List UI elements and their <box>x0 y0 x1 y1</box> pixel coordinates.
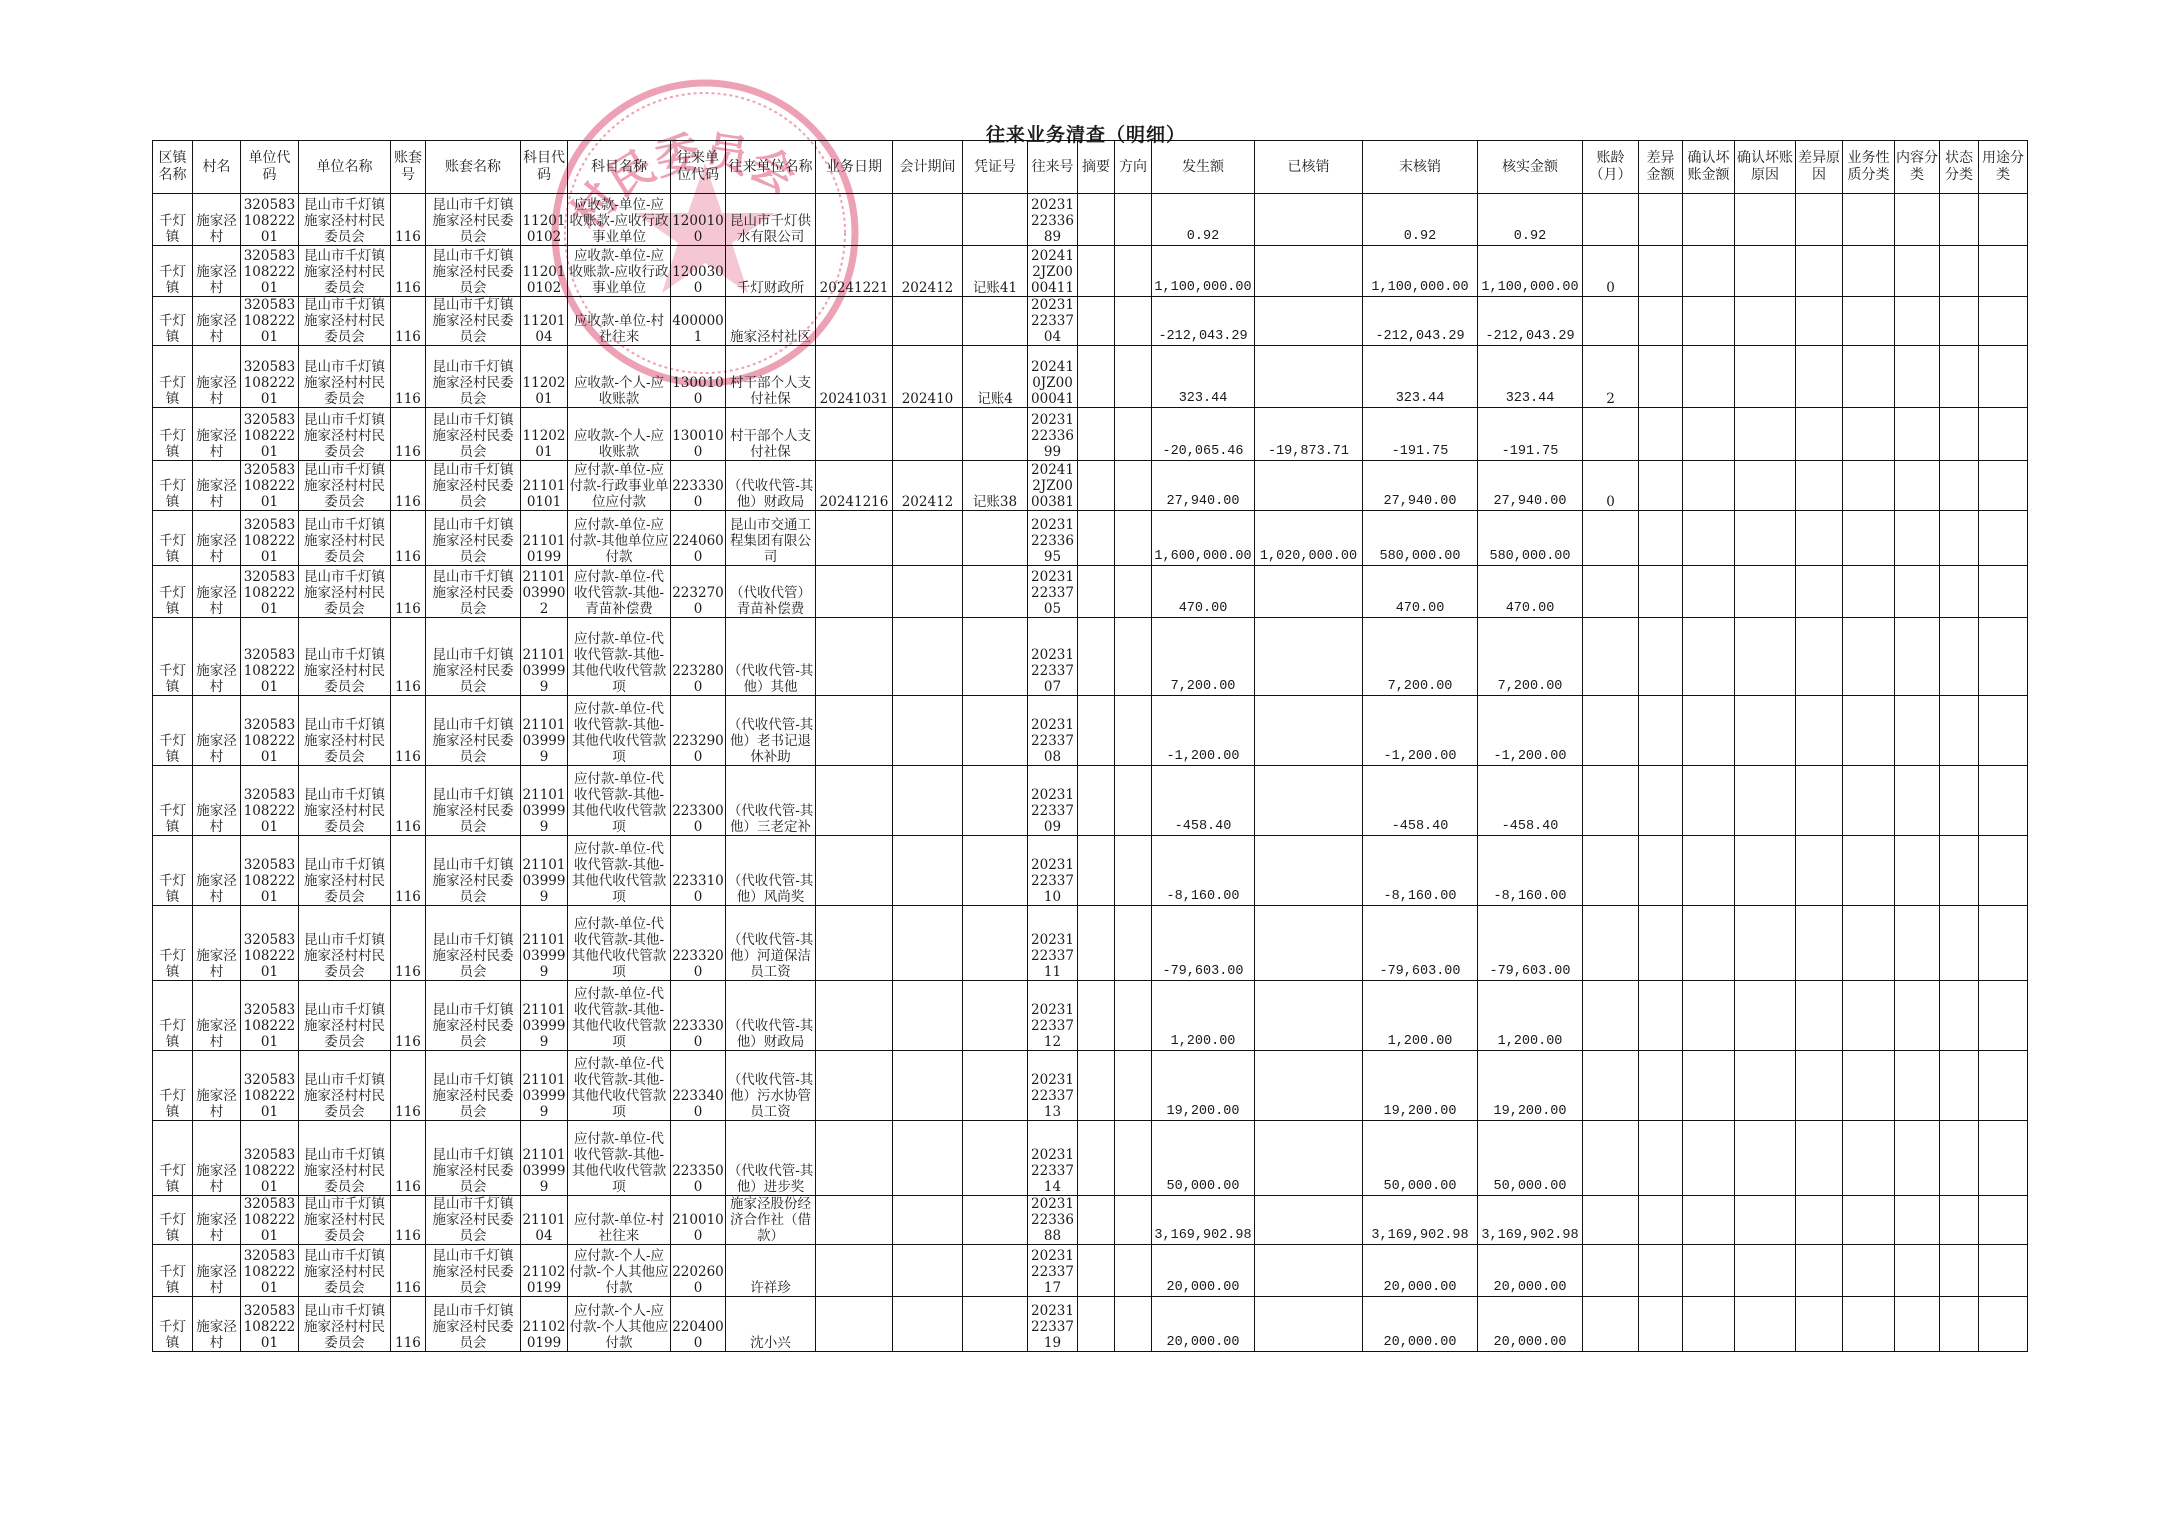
cell-verified: 19,200.00 <box>1478 1051 1583 1121</box>
cell-content <box>1895 906 1940 981</box>
cell-unit-name: 昆山市千灯镇施家泾村村民委员会 <box>299 408 391 461</box>
cell-diff <box>1639 906 1683 981</box>
cell-subject-name: 应付款-单位-应付款-其他单位应付款 <box>568 511 671 566</box>
cell-bad-debt-amount <box>1683 1121 1735 1196</box>
cell-subject-code: 21101039999 <box>521 836 568 906</box>
cell-town: 千灯镇 <box>153 1196 193 1245</box>
column-header: 业务日期 <box>816 141 893 194</box>
cell-unit-name: 昆山市千灯镇施家泾村村民委员会 <box>299 766 391 836</box>
cell-verified: -79,603.00 <box>1478 906 1583 981</box>
cell-book-no: 116 <box>391 1051 426 1121</box>
cell-age-months <box>1583 1051 1639 1121</box>
cell-nature <box>1843 618 1895 696</box>
cell-status <box>1940 1245 1979 1297</box>
cell-direction <box>1115 461 1152 511</box>
cell-voucher <box>963 836 1028 906</box>
cell-village: 施家泾村 <box>193 246 241 297</box>
cell-period: 202412 <box>893 461 963 511</box>
cell-unit-code: 32058310822201 <box>241 346 299 408</box>
cell-summary <box>1078 696 1115 766</box>
cell-status <box>1940 297 1979 346</box>
cell-ref-no: 202412JZ0000381 <box>1028 461 1078 511</box>
cell-book-name: 昆山市千灯镇施家泾村民委员会 <box>426 981 521 1051</box>
cell-status <box>1940 1297 1979 1352</box>
column-header: 方向 <box>1115 141 1152 194</box>
cell-usage <box>1979 246 2028 297</box>
cell-content <box>1895 1297 1940 1352</box>
cell-age-months <box>1583 1297 1639 1352</box>
cell-written-off <box>1255 766 1363 836</box>
cell-bad-debt-amount <box>1683 246 1735 297</box>
cell-nature <box>1843 696 1895 766</box>
column-header: 账套号 <box>391 141 426 194</box>
cell-subject-name: 应付款-单位-代收代管款-其他-其他代收代管款项 <box>568 766 671 836</box>
cell-ref-no: 202312233712 <box>1028 981 1078 1051</box>
cell-partner-code: 2233100 <box>671 836 726 906</box>
table-row: 千灯镇施家泾村32058310822201昆山市千灯镇施家泾村村民委员会116昆… <box>153 766 2028 836</box>
cell-verified: -212,043.29 <box>1478 297 1583 346</box>
cell-direction <box>1115 194 1152 246</box>
cell-book-name: 昆山市千灯镇施家泾村民委员会 <box>426 1121 521 1196</box>
cell-status <box>1940 766 1979 836</box>
cell-diff <box>1639 511 1683 566</box>
cell-bad-debt-amount <box>1683 696 1735 766</box>
cell-period <box>893 1051 963 1121</box>
cell-content <box>1895 511 1940 566</box>
cell-written-off <box>1255 836 1363 906</box>
cell-not-written-off: -458.40 <box>1363 766 1478 836</box>
cell-town: 千灯镇 <box>153 1051 193 1121</box>
cell-diff <box>1639 566 1683 618</box>
cell-subject-name: 应收款-单位-应收账款-应收行政事业单位 <box>568 246 671 297</box>
cell-unit-code: 32058310822201 <box>241 566 299 618</box>
cell-partner-name: （代收代管-其他）风尚奖 <box>726 836 816 906</box>
cell-voucher <box>963 618 1028 696</box>
cell-diff-reason <box>1796 297 1843 346</box>
cell-status <box>1940 346 1979 408</box>
cell-biz-date <box>816 906 893 981</box>
cell-written-off <box>1255 1051 1363 1121</box>
cell-village: 施家泾村 <box>193 408 241 461</box>
cell-verified: 20,000.00 <box>1478 1245 1583 1297</box>
cell-unit-code: 32058310822201 <box>241 766 299 836</box>
cell-village: 施家泾村 <box>193 1297 241 1352</box>
cell-ref-no: 202312233705 <box>1028 566 1078 618</box>
cell-subject-code: 112010102 <box>521 194 568 246</box>
cell-book-no: 116 <box>391 766 426 836</box>
cell-written-off <box>1255 246 1363 297</box>
cell-usage <box>1979 1051 2028 1121</box>
cell-nature <box>1843 1121 1895 1196</box>
cell-subject-code: 21101039999 <box>521 618 568 696</box>
cell-summary <box>1078 1121 1115 1196</box>
cell-bad-debt-amount <box>1683 511 1735 566</box>
cell-book-name: 昆山市千灯镇施家泾村民委员会 <box>426 346 521 408</box>
cell-direction <box>1115 618 1152 696</box>
cell-status <box>1940 1196 1979 1245</box>
cell-voucher <box>963 1196 1028 1245</box>
cell-voucher <box>963 194 1028 246</box>
cell-partner-name: （代收代管-其他）其他 <box>726 618 816 696</box>
cell-status <box>1940 618 1979 696</box>
cell-summary <box>1078 1245 1115 1297</box>
cell-not-written-off: -8,160.00 <box>1363 836 1478 906</box>
column-header: 单位名称 <box>299 141 391 194</box>
cell-bad-debt-reason <box>1735 1245 1796 1297</box>
cell-not-written-off: -191.75 <box>1363 408 1478 461</box>
cell-usage <box>1979 566 2028 618</box>
column-header: 区镇名称 <box>153 141 193 194</box>
cell-bad-debt-reason <box>1735 346 1796 408</box>
cell-period: 202410 <box>893 346 963 408</box>
cell-amount: 1,600,000.00 <box>1152 511 1255 566</box>
cell-subject-name: 应收款-单位-应收账款-应收行政事业单位 <box>568 194 671 246</box>
cell-verified: -458.40 <box>1478 766 1583 836</box>
table-header-row: 区镇名称村名单位代码单位名称账套号账套名称科目代码科目名称往来单位代码往来单位名… <box>153 141 2028 194</box>
cell-subject-name: 应收款-个人-应收账款 <box>568 408 671 461</box>
cell-period <box>893 766 963 836</box>
cell-amount: 7,200.00 <box>1152 618 1255 696</box>
cell-book-no: 116 <box>391 1297 426 1352</box>
cell-subject-name: 应付款-单位-代收代管款-其他-其他代收代管款项 <box>568 1121 671 1196</box>
cell-age-months <box>1583 766 1639 836</box>
cell-diff <box>1639 297 1683 346</box>
cell-content <box>1895 981 1940 1051</box>
cell-direction <box>1115 906 1152 981</box>
cell-diff-reason <box>1796 461 1843 511</box>
cell-period <box>893 696 963 766</box>
column-header: 科目代码 <box>521 141 568 194</box>
cell-diff-reason <box>1796 1297 1843 1352</box>
cell-subject-code: 21101039999 <box>521 981 568 1051</box>
cell-period <box>893 1297 963 1352</box>
cell-book-name: 昆山市千灯镇施家泾村民委员会 <box>426 696 521 766</box>
cell-nature <box>1843 1196 1895 1245</box>
cell-book-no: 116 <box>391 566 426 618</box>
cell-nature <box>1843 511 1895 566</box>
cell-partner-name: （代收代管-其他）三老定补 <box>726 766 816 836</box>
cell-book-name: 昆山市千灯镇施家泾村民委员会 <box>426 618 521 696</box>
cell-age-months <box>1583 696 1639 766</box>
cell-written-off: -19,873.71 <box>1255 408 1363 461</box>
cell-village: 施家泾村 <box>193 461 241 511</box>
cell-unit-code: 32058310822201 <box>241 511 299 566</box>
cell-subject-code: 2110104 <box>521 1196 568 1245</box>
cell-diff-reason <box>1796 1245 1843 1297</box>
cell-subject-code: 21101039902 <box>521 566 568 618</box>
cell-status <box>1940 1051 1979 1121</box>
cell-written-off <box>1255 906 1363 981</box>
table-row: 千灯镇施家泾村32058310822201昆山市千灯镇施家泾村村民委员会116昆… <box>153 408 2028 461</box>
cell-book-name: 昆山市千灯镇施家泾村民委员会 <box>426 1051 521 1121</box>
cell-town: 千灯镇 <box>153 297 193 346</box>
cell-amount: 1,200.00 <box>1152 981 1255 1051</box>
cell-partner-code: 1300100 <box>671 346 726 408</box>
cell-partner-code: 2233300 <box>671 461 726 511</box>
cell-village: 施家泾村 <box>193 297 241 346</box>
cell-period <box>893 194 963 246</box>
cell-subject-code: 1120201 <box>521 408 568 461</box>
cell-diff <box>1639 1245 1683 1297</box>
cell-written-off <box>1255 1196 1363 1245</box>
cell-bad-debt-reason <box>1735 511 1796 566</box>
cell-biz-date <box>816 297 893 346</box>
cell-direction <box>1115 346 1152 408</box>
cell-status <box>1940 511 1979 566</box>
cell-biz-date: 20241216 <box>816 461 893 511</box>
cell-summary <box>1078 981 1115 1051</box>
cell-usage <box>1979 696 2028 766</box>
cell-age-months <box>1583 1121 1639 1196</box>
cell-ref-no: 202312233713 <box>1028 1051 1078 1121</box>
cell-bad-debt-amount <box>1683 906 1735 981</box>
cell-period <box>893 297 963 346</box>
table-row: 千灯镇施家泾村32058310822201昆山市千灯镇施家泾村村民委员会116昆… <box>153 618 2028 696</box>
cell-book-name: 昆山市千灯镇施家泾村民委员会 <box>426 408 521 461</box>
column-header: 用途分类 <box>1979 141 2028 194</box>
cell-status <box>1940 194 1979 246</box>
cell-verified: -191.75 <box>1478 408 1583 461</box>
cell-ref-no: 202312233688 <box>1028 1196 1078 1245</box>
cell-summary <box>1078 766 1115 836</box>
cell-voucher <box>963 511 1028 566</box>
cell-bad-debt-reason <box>1735 696 1796 766</box>
cell-period <box>893 906 963 981</box>
cell-not-written-off: 19,200.00 <box>1363 1051 1478 1121</box>
cell-unit-name: 昆山市千灯镇施家泾村村民委员会 <box>299 1297 391 1352</box>
cell-subject-name: 应收款-个人-应收账款 <box>568 346 671 408</box>
cell-diff <box>1639 194 1683 246</box>
cell-nature <box>1843 1297 1895 1352</box>
cell-village: 施家泾村 <box>193 1051 241 1121</box>
cell-written-off <box>1255 696 1363 766</box>
cell-unit-name: 昆山市千灯镇施家泾村村民委员会 <box>299 696 391 766</box>
cell-amount: 3,169,902.98 <box>1152 1196 1255 1245</box>
cell-ref-no: 202312233709 <box>1028 766 1078 836</box>
column-header: 确认坏账原因 <box>1735 141 1796 194</box>
cell-bad-debt-reason <box>1735 297 1796 346</box>
column-header: 差异金额 <box>1639 141 1683 194</box>
cell-nature <box>1843 461 1895 511</box>
cell-age-months <box>1583 297 1639 346</box>
cell-book-no: 116 <box>391 1196 426 1245</box>
cell-partner-code: 4000001 <box>671 297 726 346</box>
cell-village: 施家泾村 <box>193 346 241 408</box>
cell-village: 施家泾村 <box>193 836 241 906</box>
cell-town: 千灯镇 <box>153 246 193 297</box>
cell-subject-name: 应付款-单位-代收代管款-其他-其他代收代管款项 <box>568 618 671 696</box>
cell-subject-code: 211020199 <box>521 1245 568 1297</box>
table-row: 千灯镇施家泾村32058310822201昆山市千灯镇施家泾村村民委员会116昆… <box>153 461 2028 511</box>
cell-partner-name: （代收代管-其他）河道保洁员工资 <box>726 906 816 981</box>
cell-book-name: 昆山市千灯镇施家泾村民委员会 <box>426 511 521 566</box>
cell-diff-reason <box>1796 836 1843 906</box>
cell-age-months <box>1583 566 1639 618</box>
cell-verified: 27,940.00 <box>1478 461 1583 511</box>
cell-partner-name: 村干部个人支付社保 <box>726 408 816 461</box>
cell-age-months <box>1583 1245 1639 1297</box>
cell-book-name: 昆山市千灯镇施家泾村民委员会 <box>426 1245 521 1297</box>
cell-nature <box>1843 836 1895 906</box>
cell-diff-reason <box>1796 511 1843 566</box>
reconciliation-detail-table: 区镇名称村名单位代码单位名称账套号账套名称科目代码科目名称往来单位代码往来单位名… <box>152 140 2028 1352</box>
table-row: 千灯镇施家泾村32058310822201昆山市千灯镇施家泾村村民委员会116昆… <box>153 1245 2028 1297</box>
cell-usage <box>1979 297 2028 346</box>
cell-bad-debt-amount <box>1683 297 1735 346</box>
cell-bad-debt-amount <box>1683 194 1735 246</box>
table-row: 千灯镇施家泾村32058310822201昆山市千灯镇施家泾村村民委员会116昆… <box>153 246 2028 297</box>
cell-village: 施家泾村 <box>193 618 241 696</box>
cell-written-off <box>1255 297 1363 346</box>
cell-partner-name: 昆山市千灯供水有限公司 <box>726 194 816 246</box>
cell-amount: -8,160.00 <box>1152 836 1255 906</box>
cell-book-name: 昆山市千灯镇施家泾村民委员会 <box>426 1196 521 1245</box>
cell-partner-code: 2233400 <box>671 1051 726 1121</box>
cell-diff <box>1639 1051 1683 1121</box>
cell-amount: 27,940.00 <box>1152 461 1255 511</box>
cell-partner-code: 2202600 <box>671 1245 726 1297</box>
cell-status <box>1940 246 1979 297</box>
cell-period <box>893 618 963 696</box>
cell-usage <box>1979 194 2028 246</box>
column-header: 差异原因 <box>1796 141 1843 194</box>
table-row: 千灯镇施家泾村32058310822201昆山市千灯镇施家泾村村民委员会116昆… <box>153 981 2028 1051</box>
cell-age-months: 2 <box>1583 346 1639 408</box>
cell-ref-no: 202312233714 <box>1028 1121 1078 1196</box>
cell-subject-name: 应付款-单位-应付款-行政事业单位应付款 <box>568 461 671 511</box>
cell-voucher <box>963 1121 1028 1196</box>
cell-partner-code: 1200300 <box>671 246 726 297</box>
cell-not-written-off: 20,000.00 <box>1363 1297 1478 1352</box>
column-header: 往来单位名称 <box>726 141 816 194</box>
cell-written-off <box>1255 618 1363 696</box>
cell-unit-name: 昆山市千灯镇施家泾村村民委员会 <box>299 511 391 566</box>
cell-partner-code: 2204000 <box>671 1297 726 1352</box>
column-header: 状态分类 <box>1940 141 1979 194</box>
column-header: 账套名称 <box>426 141 521 194</box>
column-header: 确认坏账金额 <box>1683 141 1735 194</box>
column-header: 内容分类 <box>1895 141 1940 194</box>
table-row: 千灯镇施家泾村32058310822201昆山市千灯镇施家泾村村民委员会116昆… <box>153 1121 2028 1196</box>
cell-content <box>1895 194 1940 246</box>
column-header: 科目名称 <box>568 141 671 194</box>
cell-voucher <box>963 1245 1028 1297</box>
cell-book-name: 昆山市千灯镇施家泾村民委员会 <box>426 1297 521 1352</box>
cell-bad-debt-amount <box>1683 836 1735 906</box>
cell-age-months <box>1583 836 1639 906</box>
cell-nature <box>1843 766 1895 836</box>
cell-subject-name: 应收款-单位-村社往来 <box>568 297 671 346</box>
cell-partner-name: 施家泾股份经济合作社（借款） <box>726 1196 816 1245</box>
cell-diff-reason <box>1796 766 1843 836</box>
cell-status <box>1940 566 1979 618</box>
cell-unit-code: 32058310822201 <box>241 836 299 906</box>
cell-age-months <box>1583 408 1639 461</box>
cell-partner-name: 昆山市交通工程集团有限公司 <box>726 511 816 566</box>
cell-content <box>1895 408 1940 461</box>
cell-bad-debt-reason <box>1735 1196 1796 1245</box>
cell-book-no: 116 <box>391 906 426 981</box>
cell-unit-name: 昆山市千灯镇施家泾村村民委员会 <box>299 1121 391 1196</box>
cell-bad-debt-reason <box>1735 246 1796 297</box>
cell-unit-code: 32058310822201 <box>241 696 299 766</box>
cell-town: 千灯镇 <box>153 1245 193 1297</box>
cell-diff <box>1639 766 1683 836</box>
cell-period <box>893 1196 963 1245</box>
cell-partner-name: 村干部个人支付社保 <box>726 346 816 408</box>
cell-village: 施家泾村 <box>193 566 241 618</box>
cell-partner-name: （代收代管-其他）财政局 <box>726 461 816 511</box>
cell-subject-name: 应付款-单位-代收代管款-其他-其他代收代管款项 <box>568 836 671 906</box>
cell-diff <box>1639 1196 1683 1245</box>
cell-verified: 3,169,902.98 <box>1478 1196 1583 1245</box>
cell-age-months <box>1583 981 1639 1051</box>
cell-bad-debt-amount <box>1683 1051 1735 1121</box>
cell-unit-name: 昆山市千灯镇施家泾村村民委员会 <box>299 618 391 696</box>
cell-diff-reason <box>1796 1196 1843 1245</box>
column-header: 村名 <box>193 141 241 194</box>
cell-village: 施家泾村 <box>193 1121 241 1196</box>
cell-partner-code: 1300100 <box>671 408 726 461</box>
table-row: 千灯镇施家泾村32058310822201昆山市千灯镇施家泾村村民委员会116昆… <box>153 906 2028 981</box>
cell-voucher <box>963 566 1028 618</box>
cell-village: 施家泾村 <box>193 194 241 246</box>
cell-partner-name: 沈小兴 <box>726 1297 816 1352</box>
cell-diff <box>1639 408 1683 461</box>
cell-book-name: 昆山市千灯镇施家泾村民委员会 <box>426 566 521 618</box>
cell-diff-reason <box>1796 1051 1843 1121</box>
cell-village: 施家泾村 <box>193 766 241 836</box>
cell-written-off <box>1255 981 1363 1051</box>
cell-town: 千灯镇 <box>153 194 193 246</box>
cell-amount: -79,603.00 <box>1152 906 1255 981</box>
cell-ref-no: 202312233711 <box>1028 906 1078 981</box>
cell-book-no: 116 <box>391 511 426 566</box>
cell-book-no: 116 <box>391 408 426 461</box>
cell-diff-reason <box>1796 346 1843 408</box>
cell-not-written-off: 50,000.00 <box>1363 1121 1478 1196</box>
cell-summary <box>1078 194 1115 246</box>
cell-amount: -212,043.29 <box>1152 297 1255 346</box>
cell-unit-code: 32058310822201 <box>241 1245 299 1297</box>
cell-written-off <box>1255 194 1363 246</box>
cell-town: 千灯镇 <box>153 566 193 618</box>
cell-voucher: 记账4 <box>963 346 1028 408</box>
cell-diff-reason <box>1796 981 1843 1051</box>
cell-usage <box>1979 981 2028 1051</box>
cell-written-off <box>1255 1121 1363 1196</box>
cell-subject-code: 112010102 <box>521 246 568 297</box>
cell-village: 施家泾村 <box>193 511 241 566</box>
cell-partner-code: 2233200 <box>671 906 726 981</box>
cell-unit-name: 昆山市千灯镇施家泾村村民委员会 <box>299 346 391 408</box>
cell-partner-code: 2232900 <box>671 696 726 766</box>
column-header: 已核销 <box>1255 141 1363 194</box>
cell-book-no: 116 <box>391 297 426 346</box>
cell-partner-name: （代收代管）青苗补偿费 <box>726 566 816 618</box>
cell-biz-date <box>816 1245 893 1297</box>
cell-diff <box>1639 1297 1683 1352</box>
cell-village: 施家泾村 <box>193 981 241 1051</box>
cell-amount: -1,200.00 <box>1152 696 1255 766</box>
cell-town: 千灯镇 <box>153 981 193 1051</box>
cell-book-no: 116 <box>391 696 426 766</box>
cell-town: 千灯镇 <box>153 1297 193 1352</box>
column-header: 单位代码 <box>241 141 299 194</box>
cell-direction <box>1115 981 1152 1051</box>
cell-diff-reason <box>1796 618 1843 696</box>
cell-unit-name: 昆山市千灯镇施家泾村村民委员会 <box>299 566 391 618</box>
